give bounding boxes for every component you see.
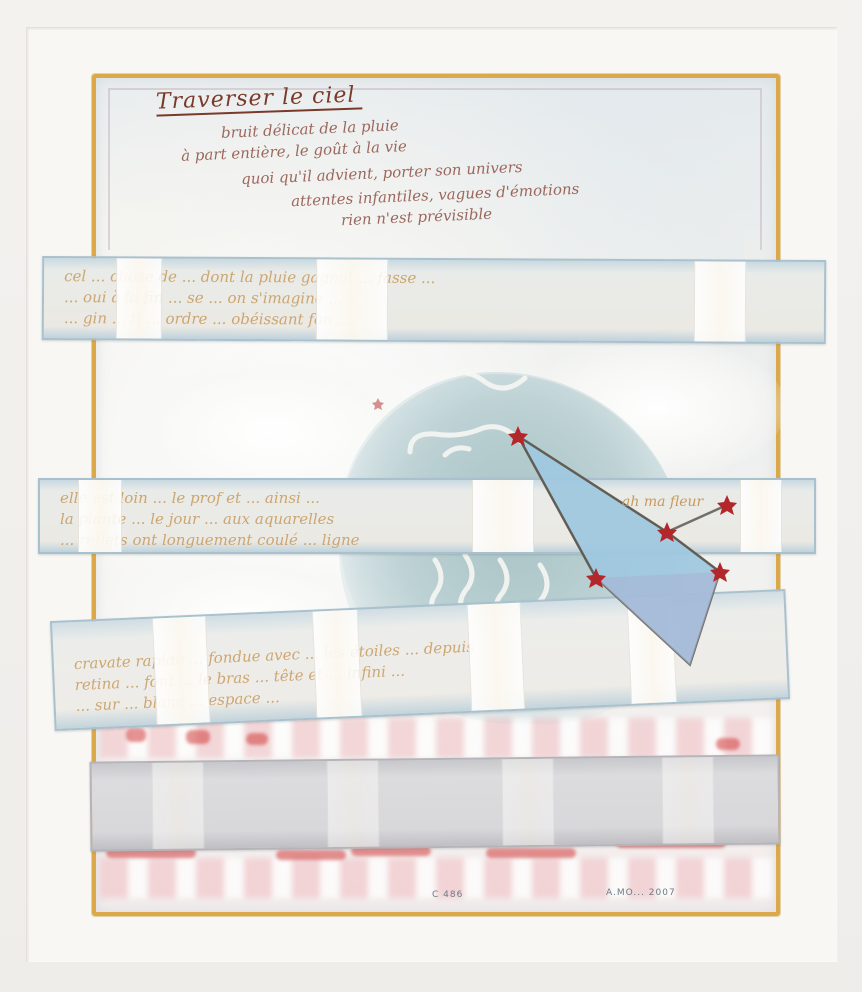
strip-fragment-text: ah ma fleur: [622, 494, 703, 510]
constellation-drawing: [0, 0, 862, 992]
picture-frame: Traverser le ciel bruit délicat de la pl…: [0, 0, 862, 992]
